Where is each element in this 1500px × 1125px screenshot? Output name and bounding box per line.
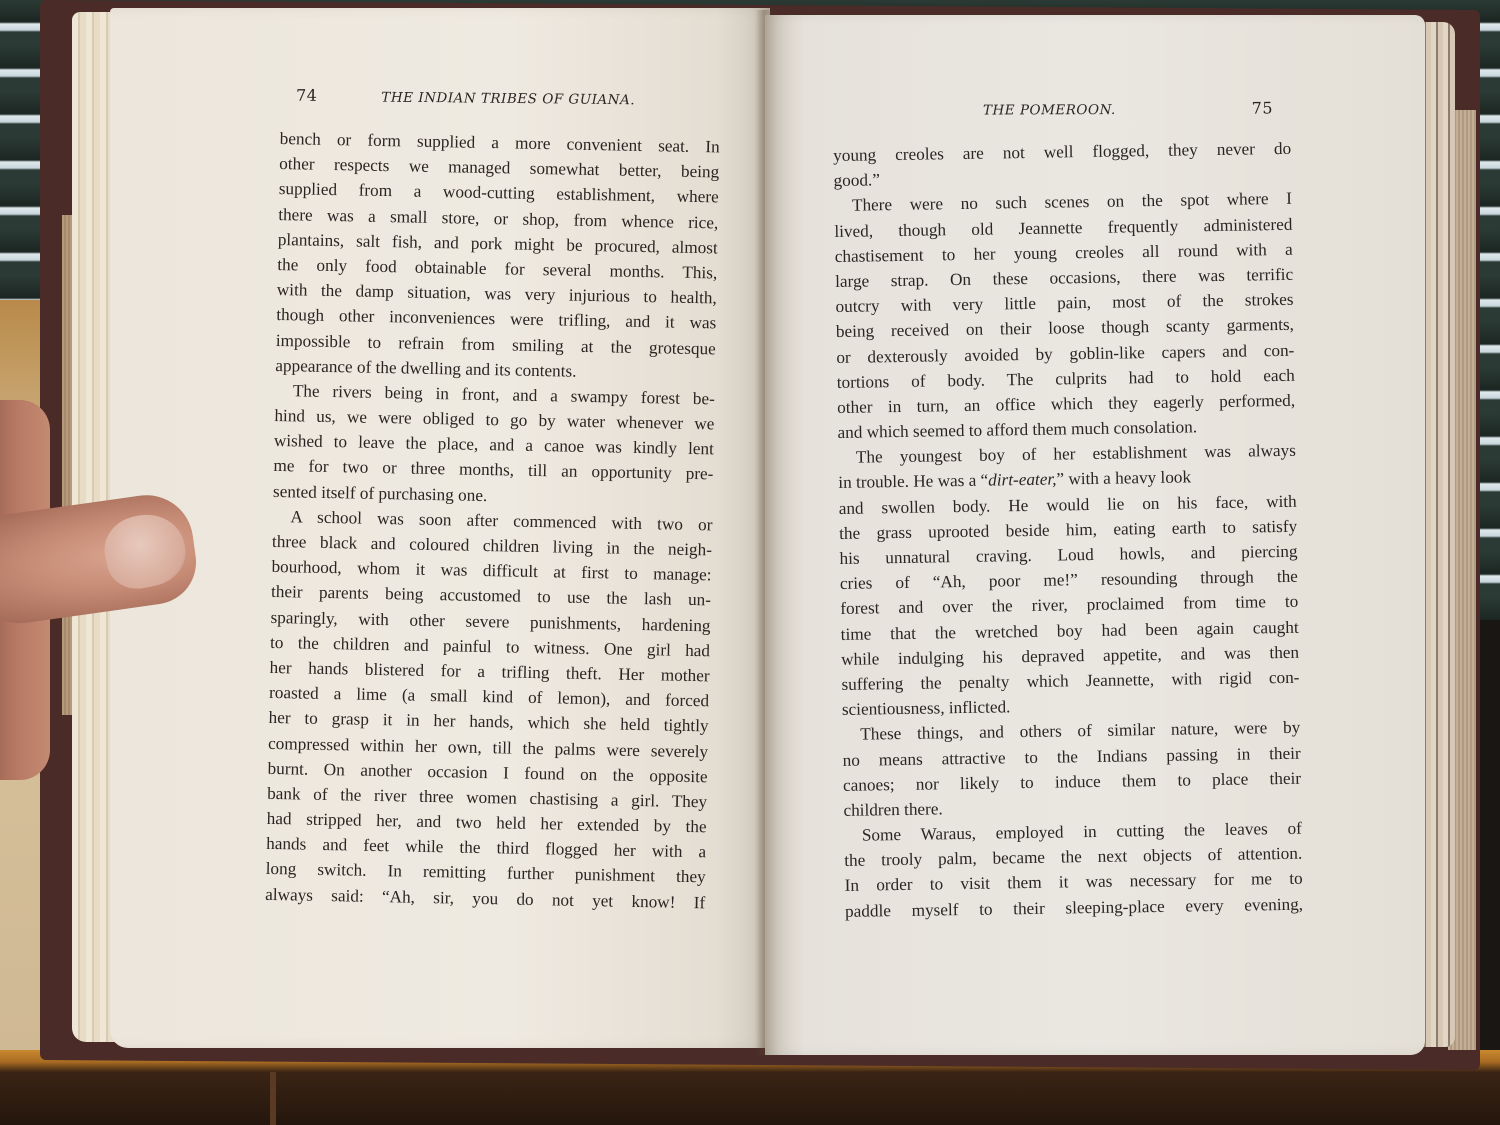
table-leg: [270, 1072, 276, 1125]
body-text: young creoles are not well flogged, they…: [833, 136, 1303, 924]
right-running-head: THE POMEROON. 75: [983, 98, 1273, 118]
text-fragment: in trouble. He was a “: [838, 471, 988, 492]
running-head-title: THE POMEROON.: [983, 102, 1116, 118]
running-head-title: THE INDIAN TRIBES OF GUIANA.: [381, 90, 635, 109]
body-text: bench or form supplied a more convenient…: [265, 126, 720, 915]
italic-term: dirt-eater,: [988, 470, 1057, 490]
text-fragment: ” with a heavy look: [1056, 468, 1191, 489]
left-running-head: 74 THE INDIAN TRIBES OF GUIANA.: [296, 86, 736, 110]
page-number: 74: [296, 86, 318, 105]
right-page[interactable]: THE POMEROON. 75 young creoles are not w…: [765, 15, 1425, 1055]
page-number: 75: [1252, 98, 1273, 117]
left-page[interactable]: 74 THE INDIAN TRIBES OF GUIANA. bench or…: [110, 8, 770, 1048]
